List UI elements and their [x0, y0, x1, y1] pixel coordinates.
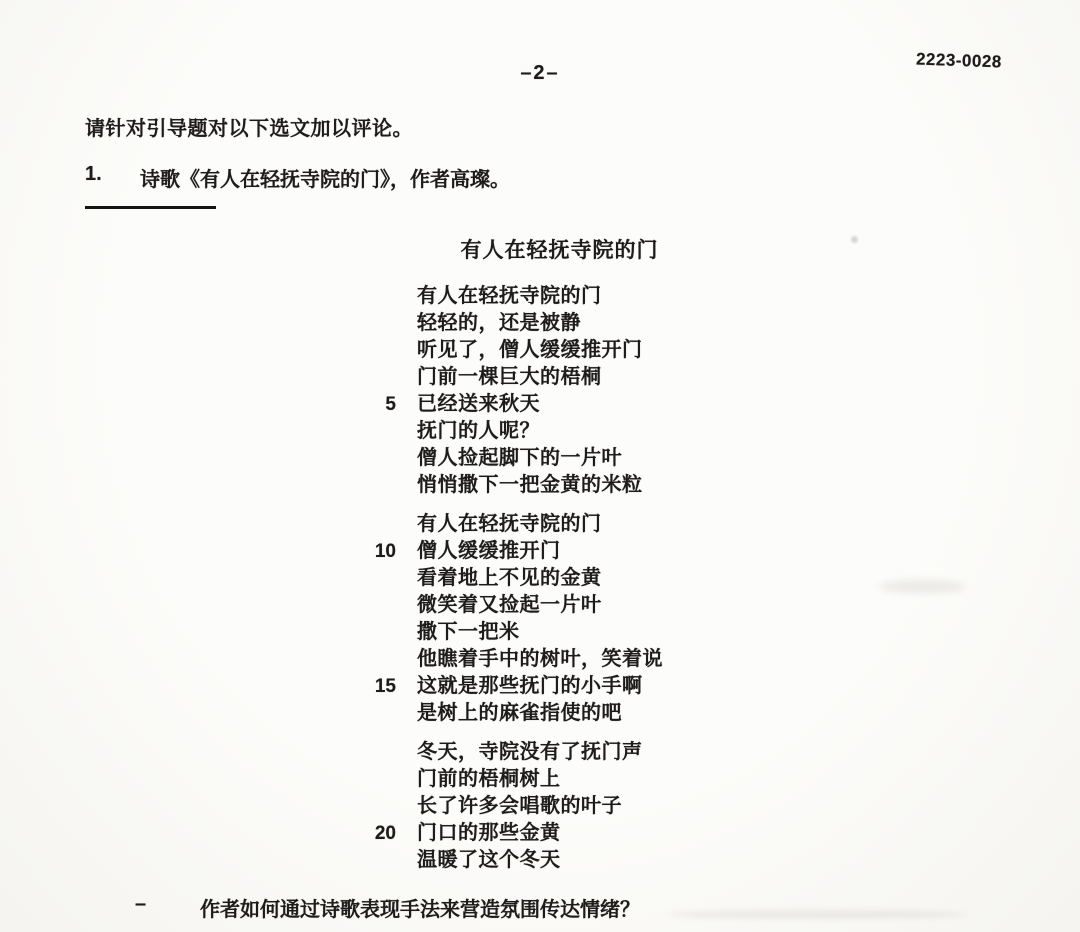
- line-text: 撒下一把米: [417, 619, 520, 646]
- scan-artifact: [668, 910, 968, 919]
- line-number: [348, 739, 417, 766]
- line-number: [348, 793, 417, 820]
- dash-bullet: –: [135, 893, 200, 922]
- poem-line: 温暖了这个冬天: [348, 847, 702, 874]
- line-text: 僧人缓缓推开门: [417, 538, 561, 565]
- line-number: [348, 565, 417, 592]
- poem-line: 撒下一把米: [348, 619, 702, 646]
- poem-line: 有人在轻抚寺院的门: [348, 511, 702, 538]
- line-text: 抚门的人呢？: [417, 418, 540, 445]
- line-number: [348, 700, 417, 727]
- poem-line: 听见了，僧人缓缓推开门: [348, 337, 702, 364]
- scanned-exam-page: –2– 2223-0028 请针对引导题对以下选文加以评论。 1. 诗歌《有人在…: [0, 0, 1080, 932]
- line-number: [348, 364, 417, 391]
- question-item: 1. 诗歌《有人在轻抚寺院的门》，作者高璨。: [85, 163, 510, 192]
- line-text: 门口的那些金黄: [417, 820, 561, 847]
- poem-line: 微笑着又捡起一片叶: [348, 592, 702, 619]
- poem-stanza-2: 有人在轻抚寺院的门 10僧人缓缓推开门 看着地上不见的金黄 微笑着又捡起一片叶 …: [348, 511, 702, 727]
- line-text: 温暖了这个冬天: [417, 847, 561, 874]
- line-text: 僧人捡起脚下的一片叶: [417, 445, 622, 472]
- line-text: 长了许多会唱歌的叶子: [417, 793, 622, 820]
- line-number: [348, 592, 417, 619]
- poem-stanza-1: 有人在轻抚寺院的门 轻轻的，还是被静 听见了，僧人缓缓推开门 门前一棵巨大的梧桐…: [348, 283, 702, 499]
- poem-line: 有人在轻抚寺院的门: [348, 283, 702, 310]
- line-number: 5: [348, 391, 417, 418]
- poem-line: 抚门的人呢？: [348, 418, 702, 445]
- poem-line: 冬天，寺院没有了抚门声: [348, 739, 702, 766]
- poem-line: 门前一棵巨大的梧桐: [348, 364, 702, 391]
- line-text: 微笑着又捡起一片叶: [417, 592, 602, 619]
- line-number: [348, 619, 417, 646]
- poem-line: 轻轻的，还是被静: [348, 310, 702, 337]
- line-text: 已经送来秋天: [417, 391, 540, 418]
- line-number: [348, 283, 417, 310]
- poem: 有人在轻抚寺院的门 有人在轻抚寺院的门 轻轻的，还是被静 听见了，僧人缓缓推开门…: [348, 237, 702, 886]
- item-number: 1.: [85, 163, 140, 192]
- poem-line: 是树上的麻雀指使的吧: [348, 700, 702, 727]
- poem-line: 悄悄撒下一把金黄的米粒: [348, 472, 702, 499]
- poem-line: 看着地上不见的金黄: [348, 565, 702, 592]
- line-number: 15: [348, 673, 417, 700]
- line-text: 门前的梧桐树上: [417, 766, 561, 793]
- line-text: 冬天，寺院没有了抚门声: [417, 739, 643, 766]
- line-number: [348, 646, 417, 673]
- line-text: 悄悄撒下一把金黄的米粒: [417, 472, 643, 499]
- divider-line: [85, 206, 216, 209]
- line-text: 这就是那些抚门的小手啊: [417, 673, 643, 700]
- instruction-text: 请针对引导题对以下选文加以评论。: [85, 112, 413, 141]
- item-title: 诗歌《有人在轻抚寺院的门》，作者高璨。: [140, 163, 510, 192]
- line-number: [348, 766, 417, 793]
- line-number: [348, 445, 417, 472]
- poem-line: 5已经送来秋天: [348, 391, 702, 418]
- poem-line: 15这就是那些抚门的小手啊: [348, 673, 702, 700]
- poem-stanza-3: 冬天，寺院没有了抚门声 门前的梧桐树上 长了许多会唱歌的叶子 20门口的那些金黄…: [348, 739, 702, 874]
- line-number: [348, 418, 417, 445]
- scan-artifact: [878, 580, 966, 593]
- line-text: 是树上的麻雀指使的吧: [417, 700, 622, 727]
- line-text: 门前一棵巨大的梧桐: [417, 364, 602, 391]
- poem-line: 10僧人缓缓推开门: [348, 538, 702, 565]
- line-text: 看着地上不见的金黄: [417, 565, 602, 592]
- poem-line: 僧人捡起脚下的一片叶: [348, 445, 702, 472]
- scan-artifact: [851, 236, 858, 243]
- poem-line: 长了许多会唱歌的叶子: [348, 793, 702, 820]
- line-number: [348, 472, 417, 499]
- line-number: [348, 337, 417, 364]
- line-number: 20: [348, 820, 417, 847]
- line-text: 有人在轻抚寺院的门: [417, 283, 602, 310]
- question-text: 作者如何通过诗歌表现手法来营造氛围传达情绪？: [200, 893, 640, 922]
- line-text: 轻轻的，还是被静: [417, 310, 581, 337]
- line-number: [348, 847, 417, 874]
- line-text: 有人在轻抚寺院的门: [417, 511, 602, 538]
- poem-line: 他瞧着手中的树叶，笑着说: [348, 646, 702, 673]
- document-code: 2223-0028: [916, 50, 1002, 73]
- line-text: 听见了，僧人缓缓推开门: [417, 337, 643, 364]
- line-text: 他瞧着手中的树叶，笑着说: [417, 646, 663, 673]
- guiding-question: – 作者如何通过诗歌表现手法来营造氛围传达情绪？: [135, 893, 640, 922]
- line-number: 10: [348, 538, 417, 565]
- line-number: [348, 511, 417, 538]
- poem-title: 有人在轻抚寺院的门: [417, 237, 702, 264]
- poem-line: 门前的梧桐树上: [348, 766, 702, 793]
- line-number: [348, 310, 417, 337]
- poem-line: 20门口的那些金黄: [348, 820, 702, 847]
